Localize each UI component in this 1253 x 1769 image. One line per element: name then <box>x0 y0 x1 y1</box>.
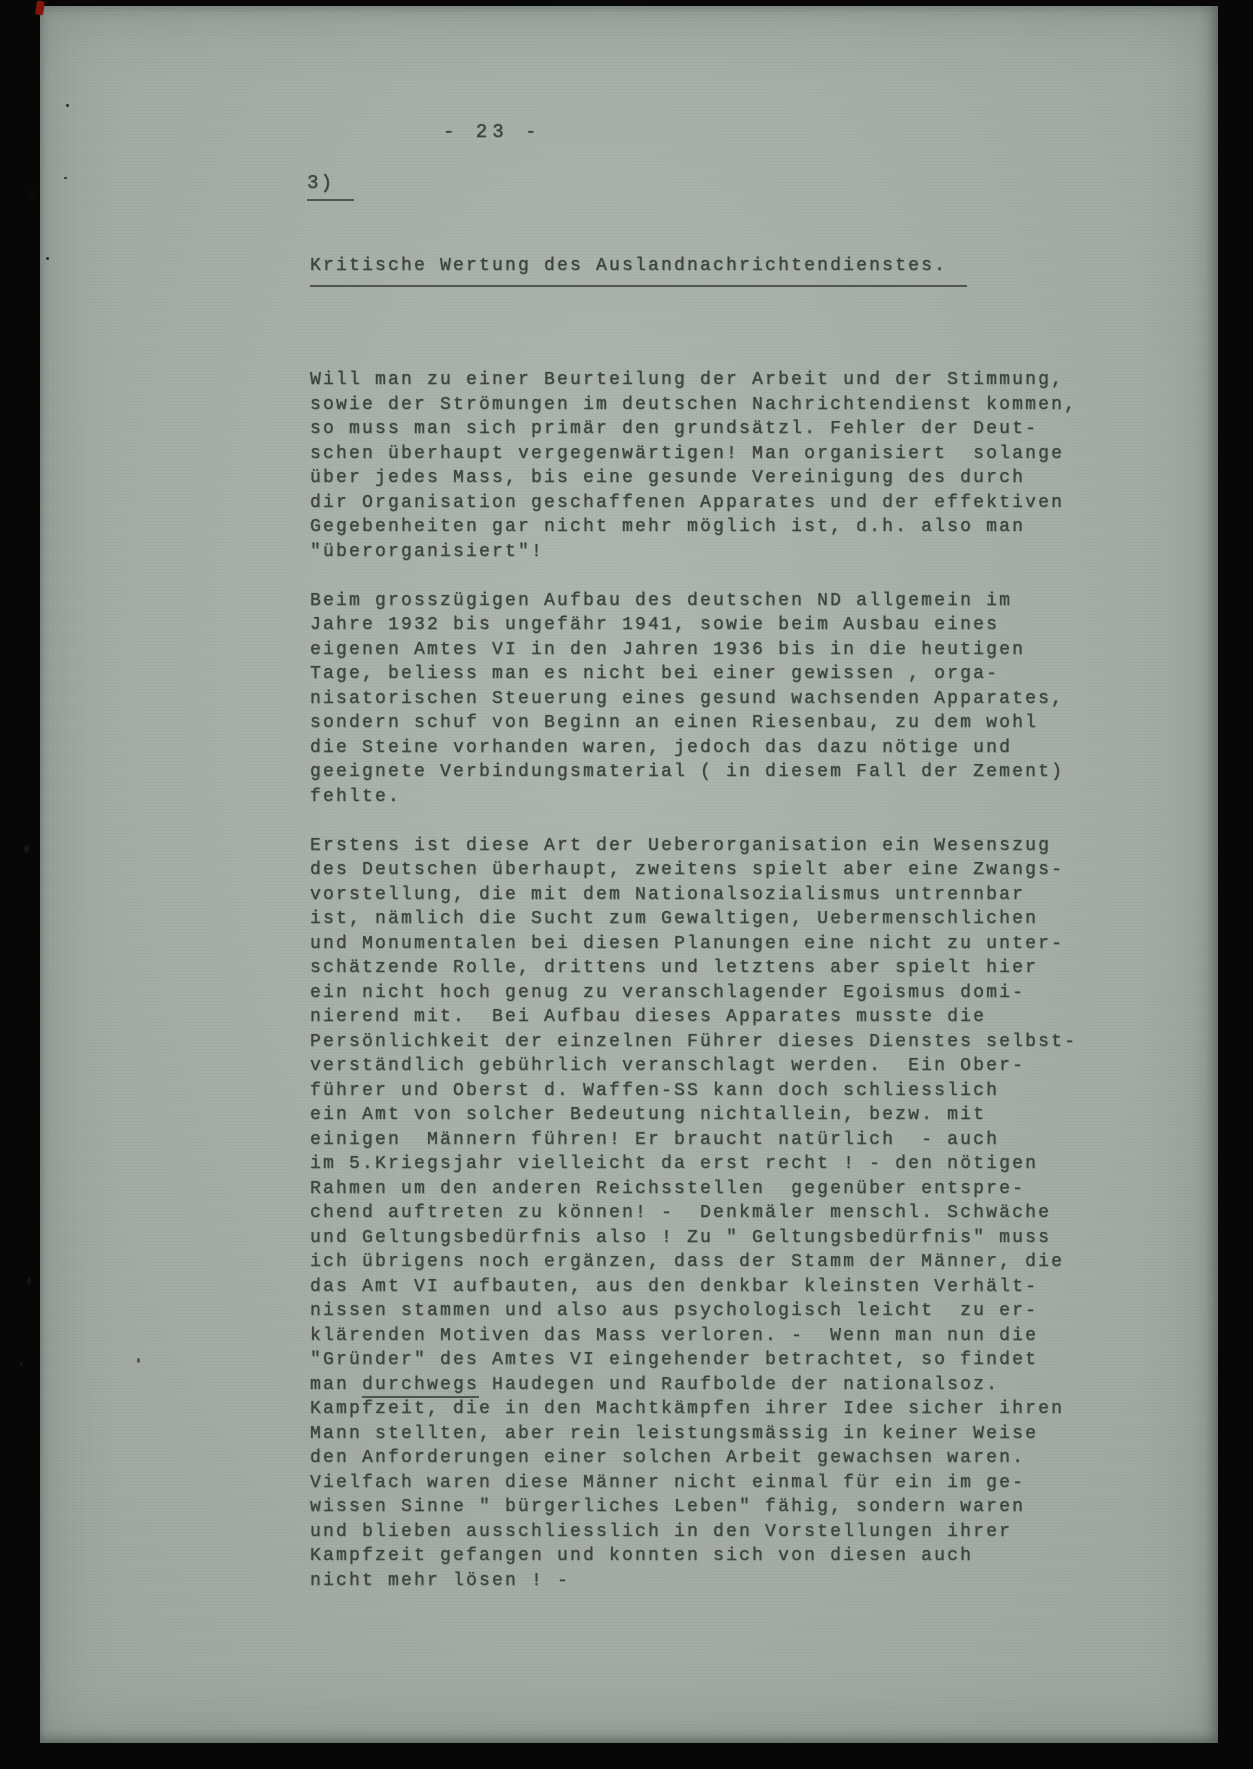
page-number: - 23 - <box>443 121 541 143</box>
scan-speck <box>28 188 37 198</box>
scan-speck <box>64 177 67 179</box>
section-number-text: 3) <box>307 172 354 201</box>
scanned-document: - 23 - 3) Kritische Wertung des Auslandn… <box>0 0 1253 1769</box>
underlined-word: durchwegs <box>362 1375 479 1398</box>
paragraph-3-text-before: Erstens ist diese Art der Ueberorganisat… <box>310 836 1077 1395</box>
red-mark <box>35 1 45 16</box>
scan-speck <box>46 257 49 260</box>
document-page: - 23 - 3) Kritische Wertung des Auslandn… <box>40 6 1218 1743</box>
scan-speck <box>137 1358 140 1363</box>
section-heading-text: Kritische Wertung des Auslandnachrichten… <box>310 256 967 287</box>
section-number: 3) <box>307 172 354 201</box>
paragraph-1: Will man zu einer Beurteilung der Arbeit… <box>310 368 1100 564</box>
paragraph-3: Erstens ist diese Art der Ueberorganisat… <box>310 834 1100 1594</box>
paragraph-3-text-after: Haudegen und Raufbolde der nationalsoz. … <box>310 1375 1064 1591</box>
scan-speck <box>66 104 69 107</box>
document-body: Will man zu einer Beurteilung der Arbeit… <box>310 368 1100 1618</box>
scan-speck <box>27 1277 31 1285</box>
scan-speck <box>24 845 29 852</box>
section-heading: Kritische Wertung des Auslandnachrichten… <box>310 256 967 287</box>
paragraph-2: Beim grosszügigen Aufbau des deutschen N… <box>310 589 1100 810</box>
scan-speck <box>20 1362 23 1366</box>
